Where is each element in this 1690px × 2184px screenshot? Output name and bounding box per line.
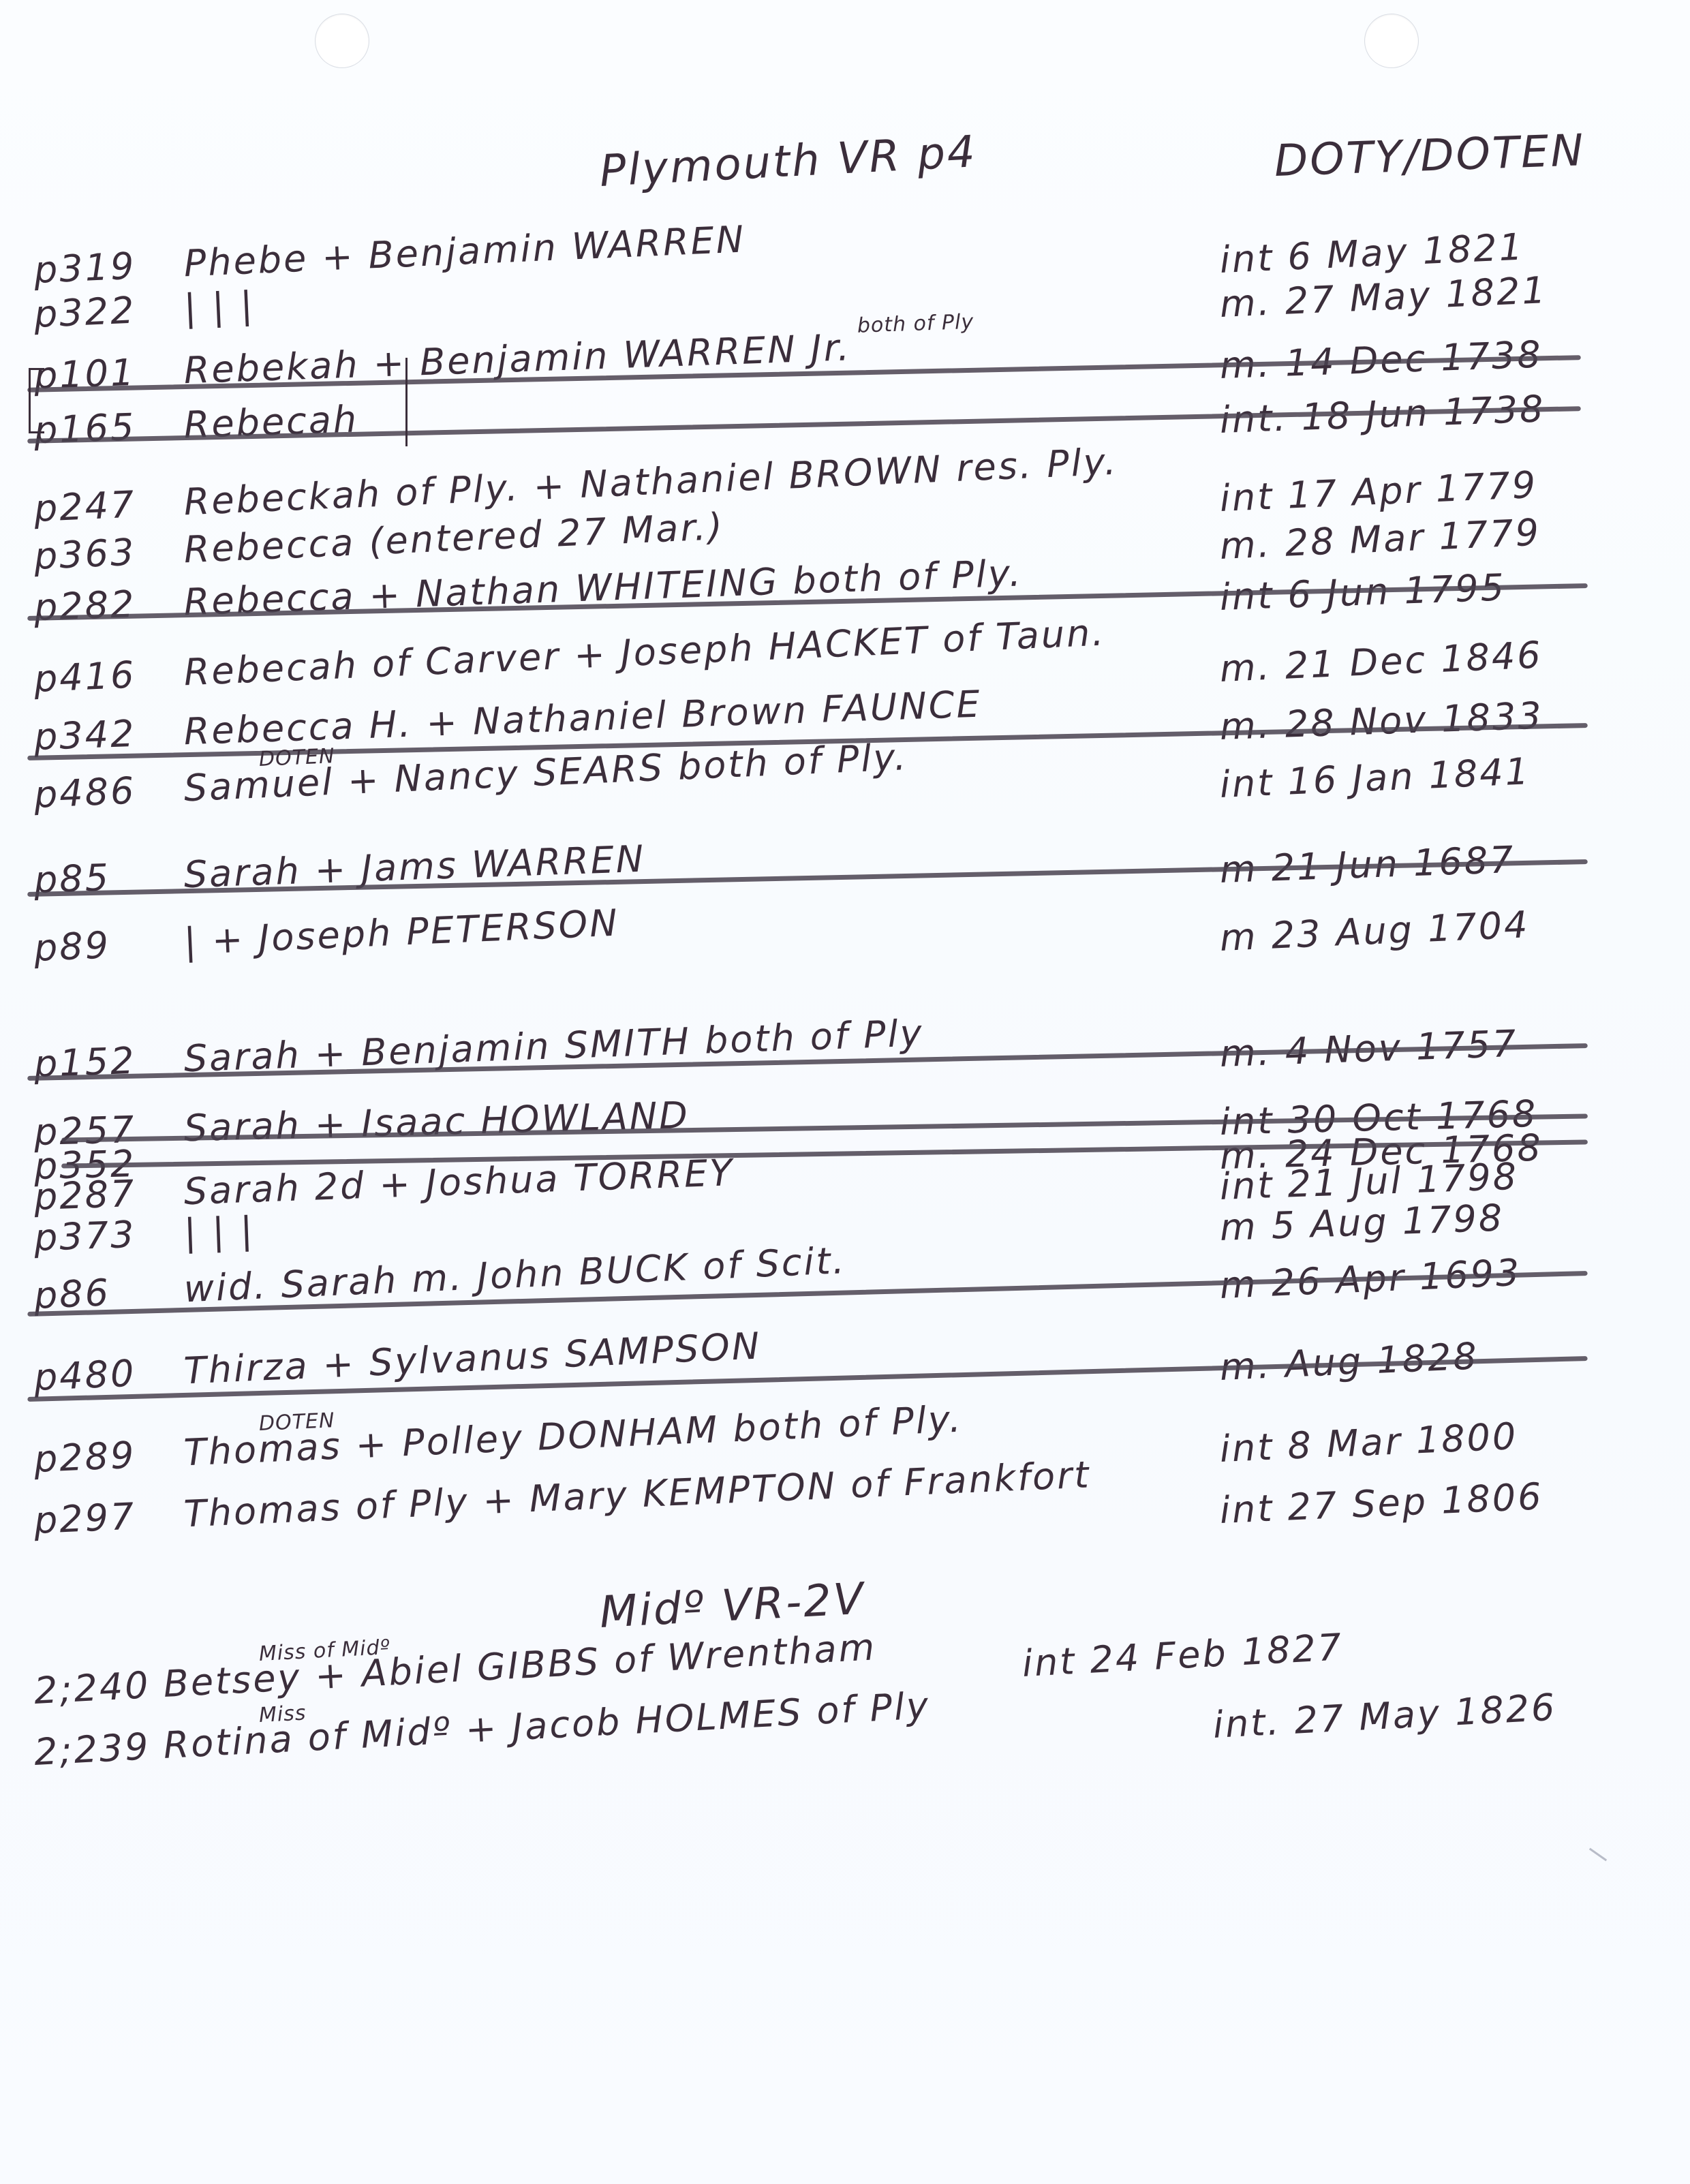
event-date: int 27 Sep 1806 [1219, 1475, 1544, 1532]
entry-superscript: DOTEN [258, 744, 335, 771]
page-reference: p287 [33, 1170, 185, 1218]
entry-names: Sarah + Isaac HOWLAND [183, 1094, 690, 1150]
page-reference: p247 [33, 480, 185, 530]
source-title: Plymouth VR p4 [598, 127, 978, 197]
page-reference: 2;240 [33, 1663, 164, 1712]
page-reference: p373 [33, 1211, 185, 1259]
event-date: int 16 Jan 1841 [1219, 750, 1532, 806]
punch-hole-left [315, 14, 369, 68]
record-entry: p322| | | [33, 283, 256, 336]
page-reference: p282 [33, 581, 185, 629]
event-date: int. 27 May 1826 [1212, 1686, 1557, 1747]
page-reference: p322 [33, 286, 185, 336]
page-reference: p480 [33, 1349, 185, 1399]
entry-superscript: DOTEN [258, 1409, 335, 1436]
record-entry: p165Rebecah [33, 397, 359, 452]
entry-names: Rebecah of Carver + Joseph HACKET of Tau… [183, 611, 1106, 694]
page-reference: p89 [33, 920, 185, 970]
divider-mark [405, 358, 408, 446]
page-reference: p342 [33, 710, 185, 758]
page-reference: p319 [33, 242, 185, 292]
paper-mark [1589, 1848, 1607, 1862]
event-date: int 8 Mar 1800 [1219, 1415, 1519, 1471]
entry-note: both of Ply [857, 310, 974, 338]
page-reference: p486 [33, 767, 185, 816]
punch-hole-right [1364, 14, 1419, 68]
entry-names: Phebe + Benjamin WARREN [183, 217, 746, 285]
event-date: m. 28 Mar 1779 [1219, 510, 1542, 567]
event-date: int 24 Feb 1827 [1021, 1625, 1344, 1685]
record-entry: p319Phebe + Benjamin WARREN [33, 217, 747, 292]
record-entry: p373| | | [33, 1209, 256, 1259]
record-entry: p89| + Joseph PETERSON [33, 902, 620, 970]
grouping-bracket [29, 368, 44, 433]
event-date: m. 28 Nov 1833 [1219, 694, 1544, 748]
page-reference: p363 [33, 528, 185, 578]
event-date: m 23 Aug 1704 [1219, 903, 1531, 959]
event-date: m. 21 Dec 1846 [1219, 633, 1543, 690]
event-date: int 17 Apr 1779 [1219, 463, 1539, 520]
event-date: m 5 Aug 1798 [1219, 1196, 1505, 1249]
page-reference: p289 [33, 1431, 185, 1481]
page-reference: p165 [33, 403, 185, 452]
handwritten-page: Plymouth VR p4 DOTY/DOTEN p319Phebe + Be… [0, 0, 1690, 2184]
entry-superscript: Miss [258, 1701, 307, 1727]
page-reference: p297 [33, 1492, 185, 1542]
entry-names: | | | [183, 283, 256, 329]
page-reference: p416 [33, 651, 185, 701]
entry-names: Thomas + Polley DONHAM both of Ply. [183, 1398, 964, 1475]
entry-names: | | | [183, 1209, 256, 1255]
surname-title: DOTY/DOTEN [1274, 125, 1586, 187]
page-reference: 2;239 [33, 1724, 164, 1774]
entry-names: | + Joseph PETERSON [183, 902, 619, 964]
